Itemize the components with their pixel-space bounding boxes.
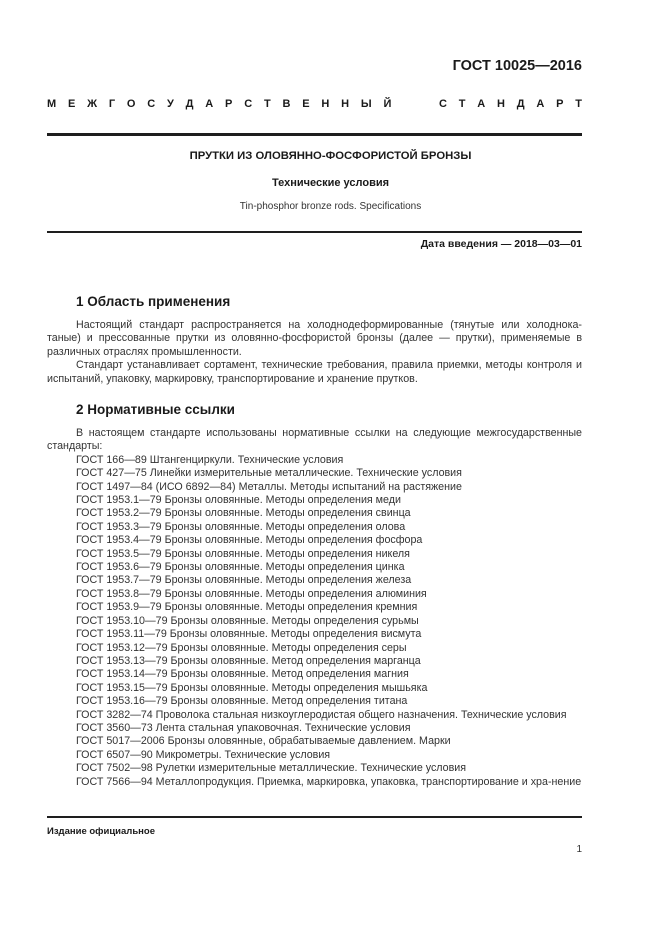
reference-item: ГОСТ 6507—90 Микрометры. Технические усл… [47,749,582,762]
banner-letter: А [477,98,485,110]
document-subtitle: Технические условия [0,177,661,189]
section-1-paragraph: Стандарт устанавливает сортамент, технич… [47,359,582,386]
banner-letter: Е [68,98,75,110]
banner-letter: Г [109,98,115,110]
reference-item: ГОСТ 5017—2006 Бронзы оловянные, обрабат… [47,735,582,748]
reference-item: ГОСТ 3282—74 Проволока стальная низкоугл… [47,709,582,722]
reference-item: ГОСТ 1497—84 (ИСО 6892—84) Металлы. Мето… [47,481,582,494]
banner-letter: Т [264,98,271,110]
reference-item: ГОСТ 1953.2—79 Бронзы оловянные. Методы … [47,507,582,520]
english-title: Tin-phosphor bronze rods. Specifications [0,201,661,212]
introduction-date: Дата введения — 2018—03—01 [421,238,582,250]
reference-item: ГОСТ 1953.11—79 Бронзы оловянные. Методы… [47,628,582,641]
banner-letter: Р [556,98,563,110]
section-2-body: В настоящем стандарте использованы норма… [47,427,582,789]
reference-item: ГОСТ 1953.10—79 Бронзы оловянные. Методы… [47,615,582,628]
header-rule [47,133,582,136]
document-number: ГОСТ 10025—2016 [453,58,582,74]
section-2-intro: В настоящем стандарте использованы норма… [47,427,582,454]
banner-letter: Н [497,98,505,110]
banner-letter: С [244,98,252,110]
reference-item: ГОСТ 166—89 Штангенциркули. Технические … [47,454,582,467]
section-2-heading: 2 Нормативные ссылки [76,402,235,417]
reference-item: ГОСТ 1953.9—79 Бронзы оловянные. Методы … [47,601,582,614]
reference-item: ГОСТ 1953.8—79 Бронзы оловянные. Методы … [47,588,582,601]
banner-letter: Д [186,98,194,110]
reference-item: ГОСТ 7502—98 Рулетки измерительные метал… [47,762,582,775]
interstate-standard-banner: МЕЖГОСУДАРСТВЕННЫЙСТАНДАРТ [47,98,582,110]
reference-item: ГОСТ 1953.16—79 Бронзы оловянные. Метод … [47,695,582,708]
reference-item: ГОСТ 3560—73 Лента стальная упаковочная.… [47,722,582,735]
banner-letter: А [536,98,544,110]
banner-letter: М [47,98,56,110]
reference-item: ГОСТ 1953.7—79 Бронзы оловянные. Методы … [47,574,582,587]
title-rule [47,231,582,233]
banner-letter: Е [302,98,309,110]
normative-references-list: ГОСТ 166—89 Штангенциркули. Технические … [47,454,582,776]
banner-letter: Й [383,98,391,110]
footer-rule [47,816,582,818]
reference-item: ГОСТ 1953.3—79 Бронзы оловянные. Методы … [47,521,582,534]
banner-letter: В [282,98,290,110]
banner-letter: А [205,98,213,110]
reference-item: ГОСТ 7566—94 Металлопродукция. Приемка, … [47,776,582,789]
banner-letter: Ж [87,98,97,110]
banner-letter: Р [225,98,232,110]
section-1-paragraph: Настоящий стандарт распространяется на х… [47,319,582,359]
banner-letter: С [147,98,155,110]
official-edition-label: Издание официальное [47,826,155,837]
reference-item: ГОСТ 1953.1—79 Бронзы оловянные. Методы … [47,494,582,507]
reference-item: ГОСТ 1953.6—79 Бронзы оловянные. Методы … [47,561,582,574]
banner-letter: Д [517,98,525,110]
reference-item: ГОСТ 1953.13—79 Бронзы оловянные. Метод … [47,655,582,668]
banner-letter: Н [321,98,329,110]
banner-letter: С [439,98,447,110]
banner-gap [403,98,427,110]
banner-letter: У [167,98,174,110]
reference-item: ГОСТ 1953.15—79 Бронзы оловянные. Методы… [47,682,582,695]
reference-item: ГОСТ 1953.5—79 Бронзы оловянные. Методы … [47,548,582,561]
reference-item: ГОСТ 1953.12—79 Бронзы оловянные. Методы… [47,642,582,655]
banner-letter: О [127,98,136,110]
reference-item: ГОСТ 1953.14—79 Бронзы оловянные. Метод … [47,668,582,681]
document-title: ПРУТКИ ИЗ ОЛОВЯННО-ФОСФОРИСТОЙ БРОНЗЫ [0,150,661,162]
page-number: 1 [576,844,582,855]
reference-item: ГОСТ 427—75 Линейки измерительные металл… [47,467,582,480]
section-1-body: Настоящий стандарт распространяется на х… [47,319,582,386]
banner-letter: Н [341,98,349,110]
reference-item: ГОСТ 1953.4—79 Бронзы оловянные. Методы … [47,534,582,547]
banner-letter: Т [459,98,466,110]
section-1-heading: 1 Область применения [76,294,230,309]
banner-letter: Ы [361,98,372,110]
banner-letter: Т [575,98,582,110]
